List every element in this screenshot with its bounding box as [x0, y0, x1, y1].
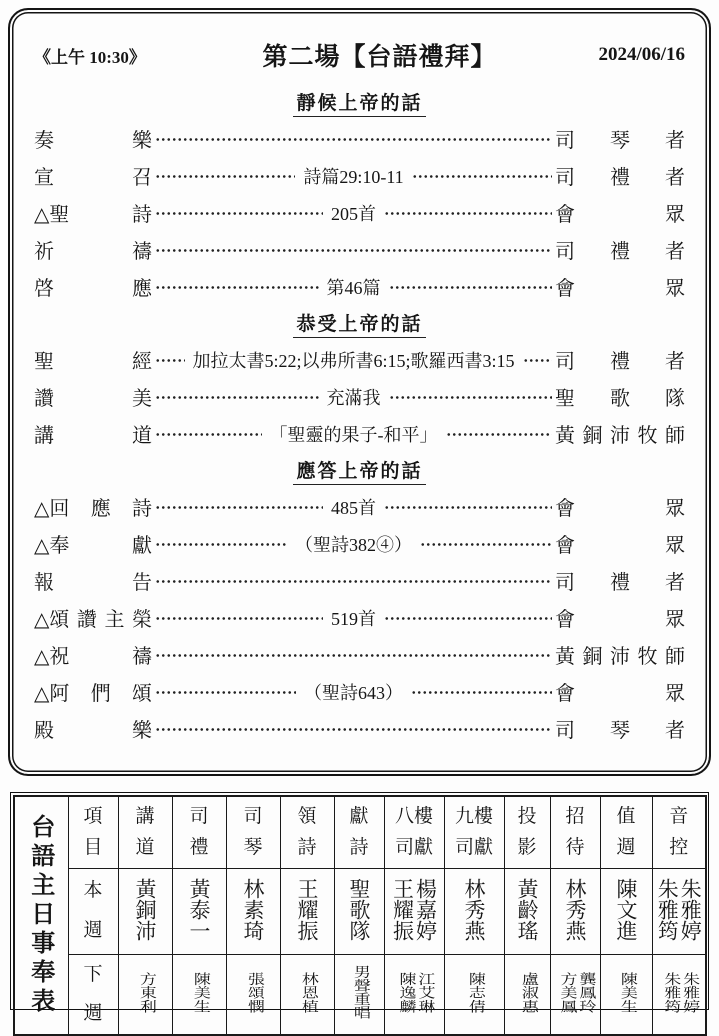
roster-name: 朱雅婷: [679, 878, 701, 941]
header-line: 音: [653, 801, 706, 832]
item-right-seg: 禮: [610, 161, 630, 190]
item-center-value: 加拉太書5:22;以弗所書6:15;歌羅西書3:15: [188, 347, 520, 373]
week-line: 週: [69, 994, 118, 1034]
item-left-seg: 禱: [132, 235, 152, 264]
item-right-seg: 琴: [610, 714, 630, 743]
header-line: 領: [281, 801, 334, 832]
roster-names: 陳美生: [616, 972, 636, 1013]
dotted-leader: [155, 690, 296, 695]
item-left-seg: 美: [132, 382, 152, 411]
roster-names: 陳志倩: [464, 972, 484, 1013]
roster-name: 江艾琳: [415, 972, 433, 1013]
item-left-seg: 聖: [34, 345, 54, 374]
item-right-seg: 琴: [610, 124, 630, 153]
item-right-seg: 黃: [555, 419, 575, 448]
roster-name: 朱雅婷: [679, 972, 697, 1013]
item-right-label: 司禮者: [555, 566, 685, 595]
dotted-leader: [384, 616, 552, 621]
program-item: △聖詩205首會眾: [34, 194, 685, 231]
item-center-value: 「聖靈的果子-和平」: [265, 421, 443, 447]
header-line: 週: [601, 832, 652, 863]
item-left-label: 報告: [34, 566, 152, 595]
dotted-leader: [155, 248, 552, 253]
header-line: 招: [551, 801, 600, 832]
item-center-value: 485首: [326, 494, 381, 520]
item-right-seg: 司: [555, 345, 575, 374]
roster-cell: 林素琦: [226, 868, 280, 954]
header-line: 投: [505, 801, 550, 832]
item-left-seg: △奉: [34, 529, 69, 558]
header-line: 司: [173, 801, 226, 832]
roster-names: 龔鳳玲方美鳳: [556, 972, 595, 1013]
roster-names: 王耀振: [295, 878, 319, 941]
item-left-seg: 榮: [132, 603, 152, 632]
header-line: 八樓: [385, 801, 444, 832]
item-left-label: △奉獻: [34, 529, 152, 558]
item-right-seg: 歌: [610, 382, 630, 411]
item-left-label: 宣召: [34, 161, 152, 190]
dotted-leader: [155, 653, 552, 658]
roster-name: 盧淑惠: [518, 972, 536, 1013]
item-left-seg: 讚: [77, 603, 97, 632]
roster-name: 張頌憫: [244, 972, 262, 1013]
roster-cell: 黃銅沛: [118, 868, 172, 954]
item-right-seg: 隊: [665, 382, 685, 411]
roster-cell: 聖歌隊: [334, 868, 384, 954]
item-right-seg: 眾: [665, 492, 685, 521]
item-right-seg: 沛: [610, 419, 630, 448]
item-right-label: 會眾: [555, 198, 685, 227]
roster-cell: 陳志倩: [444, 954, 504, 1035]
program-item: 殿樂司琴者: [34, 710, 685, 747]
roster-cell: 男聲重唱: [334, 954, 384, 1035]
roster-cell: 盧淑惠: [504, 954, 550, 1035]
item-right-seg: 眾: [665, 272, 685, 301]
roster-name: 陳美生: [617, 972, 635, 1013]
item-left-label: 祈禱: [34, 235, 152, 264]
roster-name: 陳文進: [615, 878, 637, 941]
roster-cell: 林秀燕: [550, 868, 600, 954]
item-left-seg: 詩: [132, 198, 152, 227]
dotted-leader: [446, 432, 553, 437]
item-center-value: 205首: [326, 200, 381, 226]
dotted-leader: [155, 285, 319, 290]
header-line: 待: [551, 832, 600, 863]
program-item: 宣召詩篇29:10-11司禮者: [34, 157, 685, 194]
item-left-seg: △祝: [34, 640, 69, 669]
item-left-seg: △回: [34, 492, 69, 521]
roster-name: 方東利: [136, 972, 154, 1013]
item-right-label: 聖歌隊: [555, 382, 685, 411]
roster-cell: 江艾琳陳逸麟: [384, 954, 444, 1035]
roster-names: 朱雅婷朱雅筠: [659, 972, 698, 1013]
roster-name: 男聲重唱: [350, 965, 368, 1019]
roster-column-header: 講道: [118, 796, 172, 868]
header-line: 司: [227, 801, 280, 832]
item-right-label: 司禮者: [555, 235, 685, 264]
item-right-seg: 者: [665, 714, 685, 743]
roster-names: 張頌憫: [243, 972, 263, 1013]
item-right-seg: 司: [555, 161, 575, 190]
item-right-seg: 禮: [610, 235, 630, 264]
dotted-leader: [155, 432, 262, 437]
roster-cell: 黃齡瑤: [504, 868, 550, 954]
item-left-label: 啓應: [34, 272, 152, 301]
dotted-leader: [389, 395, 553, 400]
item-left-seg: 啓: [34, 272, 54, 301]
item-left-seg: 祈: [34, 235, 54, 264]
item-right-seg: 司: [555, 235, 575, 264]
dotted-leader: [384, 211, 552, 216]
dotted-leader: [412, 174, 552, 179]
week-line: 下: [69, 955, 118, 995]
program-item: 講道「聖靈的果子-和平」黃銅沛牧師: [34, 415, 685, 452]
item-left-label: △阿們頌: [34, 677, 152, 706]
item-left-seg: 獻: [132, 529, 152, 558]
item-left-label: 奏樂: [34, 124, 152, 153]
item-left-seg: 應: [132, 272, 152, 301]
item-right-seg: 者: [665, 161, 685, 190]
item-left-seg: 樂: [132, 714, 152, 743]
roster-names: 黃泰一: [187, 878, 211, 941]
roster-side-label: 台語主日事奉表: [14, 796, 68, 1035]
item-right-seg: 眾: [665, 529, 685, 558]
roster-cell: 龔鳳玲方美鳳: [550, 954, 600, 1035]
dotted-leader: [384, 505, 552, 510]
item-right-seg: 眾: [665, 603, 685, 632]
item-left-seg: 召: [132, 161, 152, 190]
roster-column-header: 領詩: [280, 796, 334, 868]
corner-line: 目: [69, 832, 118, 863]
item-right-seg: 會: [555, 603, 575, 632]
program-item: 讚美充滿我聖歌隊: [34, 378, 685, 415]
section-heading-row: 恭受上帝的話: [34, 305, 685, 341]
item-right-seg: 禮: [610, 345, 630, 374]
header-line: 司獻: [445, 832, 504, 863]
header-line: 司獻: [385, 832, 444, 863]
roster-cell: 朱雅婷朱雅筠: [652, 954, 706, 1035]
item-right-seg: 者: [665, 566, 685, 595]
header-line: 詩: [335, 832, 384, 863]
item-right-seg: 師: [665, 419, 685, 448]
item-left-seg: 詩: [132, 492, 152, 521]
dotted-leader: [411, 690, 552, 695]
item-left-seg: 應: [91, 492, 111, 521]
roster-name: 陳逸麟: [396, 972, 414, 1013]
roster-name: 林秀燕: [463, 878, 485, 941]
item-left-seg: 經: [132, 345, 152, 374]
roster-name: 朱雅筠: [660, 972, 678, 1013]
roster-name: 黃泰一: [188, 878, 210, 941]
roster-names: 黃銅沛: [133, 878, 157, 941]
item-right-seg: 司: [555, 714, 575, 743]
worship-program-box: 《上午 10:30》 第二場【台語禮拜】 2024/06/16 靜候上帝的話奏樂…: [8, 8, 711, 776]
header-line: 禮: [173, 832, 226, 863]
item-right-seg: 銅: [583, 419, 603, 448]
item-left-label: 殿樂: [34, 714, 152, 743]
item-right-seg: 司: [555, 124, 575, 153]
roster-name: 聖歌隊: [348, 878, 370, 941]
page-title: 第二場【台語禮拜】: [194, 37, 565, 73]
header-line: 控: [653, 832, 706, 863]
roster-cell: 林恩植: [280, 954, 334, 1035]
roster-cell: 陳文進: [600, 868, 652, 954]
item-left-label: △頌讚主榮: [34, 603, 152, 632]
item-left-seg: 宣: [34, 161, 54, 190]
roster-names: 黃齡瑤: [515, 878, 539, 941]
roster-names: 林秀燕: [563, 878, 587, 941]
item-right-label: 會眾: [555, 272, 685, 301]
item-left-seg: △阿: [34, 677, 69, 706]
roster-row-label: 本週: [68, 868, 118, 954]
item-right-seg: 眾: [665, 677, 685, 706]
week-line: 本: [69, 871, 118, 911]
roster-column-header: 九樓司獻: [444, 796, 504, 868]
item-left-label: 聖經: [34, 345, 152, 374]
duty-roster-table: 台語主日事奉表項目講道司禮司琴領詩獻詩八樓司獻九樓司獻投影招待值週音控本週黃銅沛…: [13, 795, 707, 1036]
item-right-label: 司禮者: [555, 345, 685, 374]
roster-name: 林素琦: [242, 878, 264, 941]
roster-names: 楊嘉婷王耀振: [390, 878, 437, 941]
item-left-seg: 樂: [132, 124, 152, 153]
item-left-seg: △頌: [34, 603, 69, 632]
item-left-label: △回應詩: [34, 492, 152, 521]
item-left-label: 講道: [34, 419, 152, 448]
roster-names: 林素琦: [241, 878, 265, 941]
item-right-seg: 者: [665, 345, 685, 374]
roster-row: 本週黃銅沛黃泰一林素琦王耀振聖歌隊楊嘉婷王耀振林秀燕黃齡瑤林秀燕陳文進朱雅婷朱雅…: [14, 868, 706, 954]
duty-roster-frame: 台語主日事奉表項目講道司禮司琴領詩獻詩八樓司獻九樓司獻投影招待值週音控本週黃銅沛…: [10, 792, 709, 1010]
item-right-seg: 沛: [610, 640, 630, 669]
section-heading-row: 靜候上帝的話: [34, 84, 685, 120]
item-left-seg: 奏: [34, 124, 54, 153]
item-left-label: △聖詩: [34, 198, 152, 227]
item-right-seg: 師: [665, 640, 685, 669]
corner-line: 項: [69, 801, 118, 832]
item-left-seg: 告: [132, 566, 152, 595]
week-line: 週: [69, 911, 118, 951]
program-item: 祈禱司禮者: [34, 231, 685, 268]
item-right-label: 會眾: [555, 529, 685, 558]
item-right-seg: 者: [665, 235, 685, 264]
item-right-seg: 會: [555, 677, 575, 706]
item-center-value: （聖詩643）: [299, 679, 408, 705]
program-item: 啓應第46篇會眾: [34, 268, 685, 305]
item-right-seg: 銅: [583, 640, 603, 669]
header-line: 獻: [335, 801, 384, 832]
roster-cell: 王耀振: [280, 868, 334, 954]
roster-names: 聖歌隊: [347, 878, 371, 941]
program-header: 《上午 10:30》 第二場【台語禮拜】 2024/06/16: [34, 28, 685, 82]
program-item: 聖經加拉太書5:22;以弗所書6:15;歌羅西書3:15司禮者: [34, 341, 685, 378]
item-right-seg: 司: [555, 566, 575, 595]
item-right-label: 會眾: [555, 603, 685, 632]
item-right-label: 黃銅沛牧師: [555, 419, 685, 448]
roster-name: 王耀振: [296, 878, 318, 941]
roster-names: 林恩植: [297, 972, 317, 1013]
item-left-label: △祝禱: [34, 640, 152, 669]
roster-cell: 張頌憫: [226, 954, 280, 1035]
dotted-leader: [389, 285, 553, 290]
roster-column-header: 投影: [504, 796, 550, 868]
dotted-leader: [155, 174, 295, 179]
item-left-seg: 禱: [132, 640, 152, 669]
item-left-seg: 主: [104, 603, 124, 632]
header-line: 講: [119, 801, 172, 832]
roster-names: 陳文進: [614, 878, 638, 941]
roster-column-header: 音控: [652, 796, 706, 868]
item-left-seg: 們: [91, 677, 111, 706]
item-center-value: （聖詩382④）: [290, 531, 417, 557]
header-line: 道: [119, 832, 172, 863]
item-right-seg: 牧: [638, 419, 658, 448]
dotted-leader: [155, 727, 552, 732]
item-center-value: 519首: [326, 605, 381, 631]
roster-cell: 朱雅婷朱雅筠: [652, 868, 706, 954]
item-right-seg: 牧: [638, 640, 658, 669]
item-right-seg: 眾: [665, 198, 685, 227]
roster-names: 盧淑惠: [517, 972, 537, 1013]
roster-row: 下週方東利陳美生張頌憫林恩植男聲重唱江艾琳陳逸麟陳志倩盧淑惠龔鳳玲方美鳳陳美生朱…: [14, 954, 706, 1035]
item-left-seg: △聖: [34, 198, 69, 227]
roster-column-header: 獻詩: [334, 796, 384, 868]
dotted-leader: [155, 579, 552, 584]
program-item: △回應詩485首會眾: [34, 488, 685, 525]
roster-column-header: 司琴: [226, 796, 280, 868]
item-left-seg: 殿: [34, 714, 54, 743]
item-right-seg: 禮: [610, 566, 630, 595]
header-line: 影: [505, 832, 550, 863]
roster-names: 朱雅婷朱雅筠: [655, 878, 702, 941]
item-right-seg: 聖: [555, 382, 575, 411]
program-item: △頌讚主榮519首會眾: [34, 599, 685, 636]
roster-name: 黃齡瑤: [516, 878, 538, 941]
roster-names: 江艾琳陳逸麟: [395, 972, 434, 1013]
dotted-leader: [155, 137, 552, 142]
roster-cell: 陳美生: [600, 954, 652, 1035]
program-item: △奉獻（聖詩382④）會眾: [34, 525, 685, 562]
item-right-label: 司琴者: [555, 714, 685, 743]
roster-name: 朱雅筠: [656, 878, 678, 941]
roster-name: 王耀振: [391, 878, 413, 941]
dotted-leader: [155, 395, 319, 400]
roster-row-label: 下週: [68, 954, 118, 1035]
section-heading: 恭受上帝的話: [293, 309, 425, 338]
item-left-seg: 道: [132, 419, 152, 448]
dotted-leader: [155, 505, 323, 510]
dotted-leader: [155, 211, 323, 216]
roster-cell: 方東利: [118, 954, 172, 1035]
item-right-label: 會眾: [555, 492, 685, 521]
dotted-leader: [155, 616, 323, 621]
header-line: 值: [601, 801, 652, 832]
program-item: △阿們頌（聖詩643）會眾: [34, 673, 685, 710]
header-line: 九樓: [445, 801, 504, 832]
item-right-seg: 者: [665, 124, 685, 153]
roster-name: 楊嘉婷: [415, 878, 437, 941]
program-item: △祝禱黃銅沛牧師: [34, 636, 685, 673]
dotted-leader: [155, 358, 185, 363]
item-right-label: 黃銅沛牧師: [555, 640, 685, 669]
program-item: 奏樂司琴者: [34, 120, 685, 157]
program-item: 報告司禮者: [34, 562, 685, 599]
section-heading: 靜候上帝的話: [293, 88, 425, 117]
item-center-value: 詩篇29:10-11: [298, 163, 408, 189]
roster-name: 林秀燕: [564, 878, 586, 941]
roster-column-header: 八樓司獻: [384, 796, 444, 868]
roster-cell: 林秀燕: [444, 868, 504, 954]
roster-name: 陳志倩: [465, 972, 483, 1013]
item-right-seg: 會: [555, 492, 575, 521]
header-line: 琴: [227, 832, 280, 863]
roster-names: 陳美生: [189, 972, 209, 1013]
item-right-seg: 會: [555, 272, 575, 301]
item-center-value: 第46篇: [322, 274, 386, 300]
roster-names: 林秀燕: [462, 878, 486, 941]
roster-cell: 楊嘉婷王耀振: [384, 868, 444, 954]
dotted-leader: [155, 542, 287, 547]
roster-column-header: 司禮: [172, 796, 226, 868]
roster-column-header: 招待: [550, 796, 600, 868]
program-body: 靜候上帝的話奏樂司琴者宣召詩篇29:10-11司禮者△聖詩205首會眾祈禱司禮者…: [34, 84, 685, 747]
section-heading: 應答上帝的話: [293, 456, 425, 485]
item-right-seg: 黃: [555, 640, 575, 669]
roster-cell: 黃泰一: [172, 868, 226, 954]
roster-cell: 陳美生: [172, 954, 226, 1035]
roster-names: 方東利: [135, 972, 155, 1013]
service-time: 《上午 10:30》: [34, 43, 194, 68]
roster-names: 男聲重唱: [349, 965, 369, 1019]
roster-name: 方美鳳: [557, 972, 575, 1013]
roster-name: 龔鳳玲: [576, 972, 594, 1013]
item-right-seg: 會: [555, 529, 575, 558]
dotted-leader: [420, 542, 552, 547]
service-date: 2024/06/16: [565, 44, 685, 66]
item-left-seg: 報: [34, 566, 54, 595]
roster-column-header: 值週: [600, 796, 652, 868]
header-line: 詩: [281, 832, 334, 863]
item-right-label: 司琴者: [555, 124, 685, 153]
section-heading-row: 應答上帝的話: [34, 452, 685, 488]
roster-name: 黃銅沛: [134, 878, 156, 941]
roster-name: 陳美生: [190, 972, 208, 1013]
item-left-seg: 讚: [34, 382, 54, 411]
roster-header-row: 台語主日事奉表項目講道司禮司琴領詩獻詩八樓司獻九樓司獻投影招待值週音控: [14, 796, 706, 868]
roster-name: 林恩植: [298, 972, 316, 1013]
dotted-leader: [523, 358, 553, 363]
item-left-label: 讚美: [34, 382, 152, 411]
item-right-seg: 會: [555, 198, 575, 227]
item-right-label: 司禮者: [555, 161, 685, 190]
roster-corner-label: 項目: [68, 796, 118, 868]
item-center-value: 充滿我: [322, 384, 386, 410]
item-left-seg: 講: [34, 419, 54, 448]
item-right-label: 會眾: [555, 677, 685, 706]
item-left-seg: 頌: [132, 677, 152, 706]
